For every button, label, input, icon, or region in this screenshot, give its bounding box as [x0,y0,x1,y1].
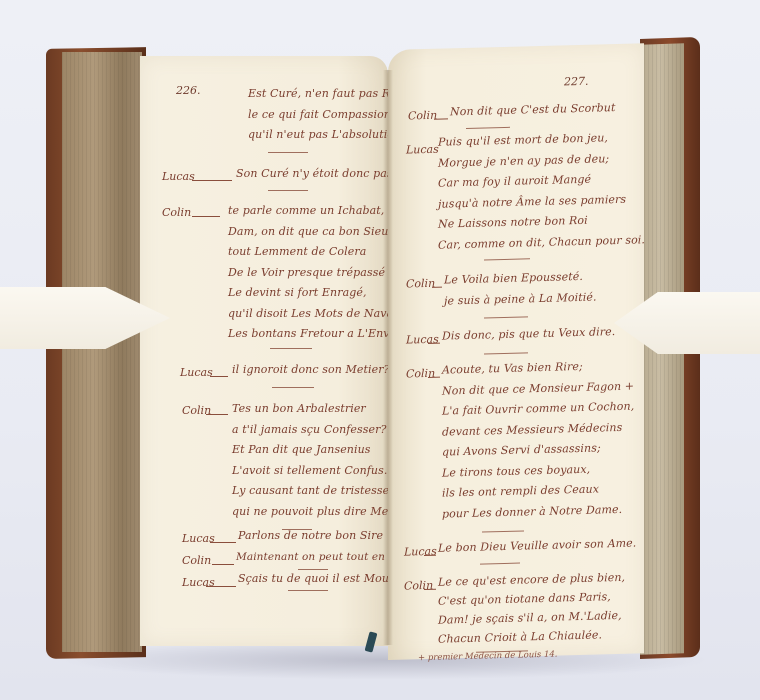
speaker-label: Lucas [406,143,439,157]
speaker-label: Colin [182,554,211,567]
verse-line: Son Curé n'y étoit donc pas? [236,164,399,185]
speaker-dash [432,287,442,288]
verse-line: Non dit que C'est du Scorbut [450,98,616,123]
verse-block: Dis donc, pis que tu Veux dire. [442,322,615,347]
verse-line: Tes un bon Arbalestrier [232,399,406,420]
verse-line: Le bon Dieu Veuille avoir son Ame. [438,533,636,559]
verse-block: il ignoroit donc son Metier? [232,360,390,381]
verse-block: Tes un bon Arbalestrier a t'il jamais sç… [232,399,406,522]
speaker-dash [192,180,232,181]
speaker-dash [206,414,228,415]
verse-line: a t'il jamais sçu Confesser? [232,420,406,441]
page-number: 226. [176,84,201,97]
separator-rule [484,258,530,260]
manuscript-page-right: 227. Colin Non dit que C'est du Scorbut … [388,43,644,660]
speaker-label: Colin [162,206,191,219]
verse-block: Sçais tu de quoi il est Mouru [238,569,402,590]
separator-rule [268,152,308,153]
page-edges-left [62,52,142,652]
separator-rule [466,127,510,129]
speaker-label: Colin [408,109,437,123]
separator-rule [272,387,314,388]
speaker-label: Lucas [182,532,215,545]
verse-block: Puis qu'il est mort de bon jeu, Morgue j… [438,127,645,255]
speaker-label: Lucas [404,545,437,559]
speaker-dash [212,564,234,565]
speaker-label: Lucas [180,366,213,379]
verse-line: pour Les donner à Notre Dame. [442,499,634,525]
verse-block: Non dit que C'est du Scorbut [450,98,616,123]
speaker-dash [424,589,436,590]
speaker-label: Lucas [162,170,195,183]
verse-block: Acoute, tu Vas bien Rire; Non dit que ce… [442,356,634,525]
verse-line: Dis donc, pis que tu Veux dire. [442,322,615,347]
verse-line: il ignoroit donc son Metier? [232,360,390,381]
separator-rule [268,190,308,191]
speaker-dash [206,586,236,587]
verse-line: L'avoit si tellement Confus. [232,461,406,482]
photo-scene: 226. Est Curé, n'en faut pas Rire, le ce… [0,0,760,700]
separator-rule [270,348,312,349]
verse-block: Son Curé n'y étoit donc pas? [236,164,399,185]
verse-line: Et Pan dit que Jansenius [232,440,406,461]
separator-rule [480,563,520,565]
verse-block: Le ce qu'est encore de plus bien, C'est … [438,568,625,649]
speaker-label: Colin [404,579,433,593]
separator-rule [482,530,524,532]
separator-rule [288,590,328,591]
speaker-dash [434,118,448,119]
page-number: 227. [564,75,589,89]
verse-line: Ly causant tant de tristesse [232,481,406,502]
manuscript-page-left: 226. Est Curé, n'en faut pas Rire, le ce… [140,56,388,646]
verse-line: Parlons de notre bon Sire [238,526,383,547]
speaker-dash [210,542,236,543]
separator-rule [484,316,528,318]
speaker-dash [210,376,228,377]
speaker-label: Colin [182,404,211,417]
verse-block: Le Voila bien Epousseté. je suis à peine… [444,267,597,312]
speaker-label: Lucas [182,576,215,589]
speaker-dash [192,216,220,217]
separator-rule [484,352,528,354]
verse-line: je suis à peine à La Moitié. [444,287,597,311]
speaker-dash [428,377,440,378]
verse-block: Parlons de notre bon Sire [238,526,383,547]
verse-block: Le bon Dieu Veuille avoir son Ame. [438,533,636,559]
verse-line: Chacun Crioit à La Chiaulée. [438,625,625,649]
speaker-label: Colin [406,277,435,291]
verse-line: qui ne pouvoit plus dire Messe [232,502,406,523]
book-gutter [383,70,393,645]
speaker-label: Colin [406,367,435,381]
speaker-label: Lucas [406,333,439,347]
verse-line: Sçais tu de quoi il est Mouru [238,569,402,590]
